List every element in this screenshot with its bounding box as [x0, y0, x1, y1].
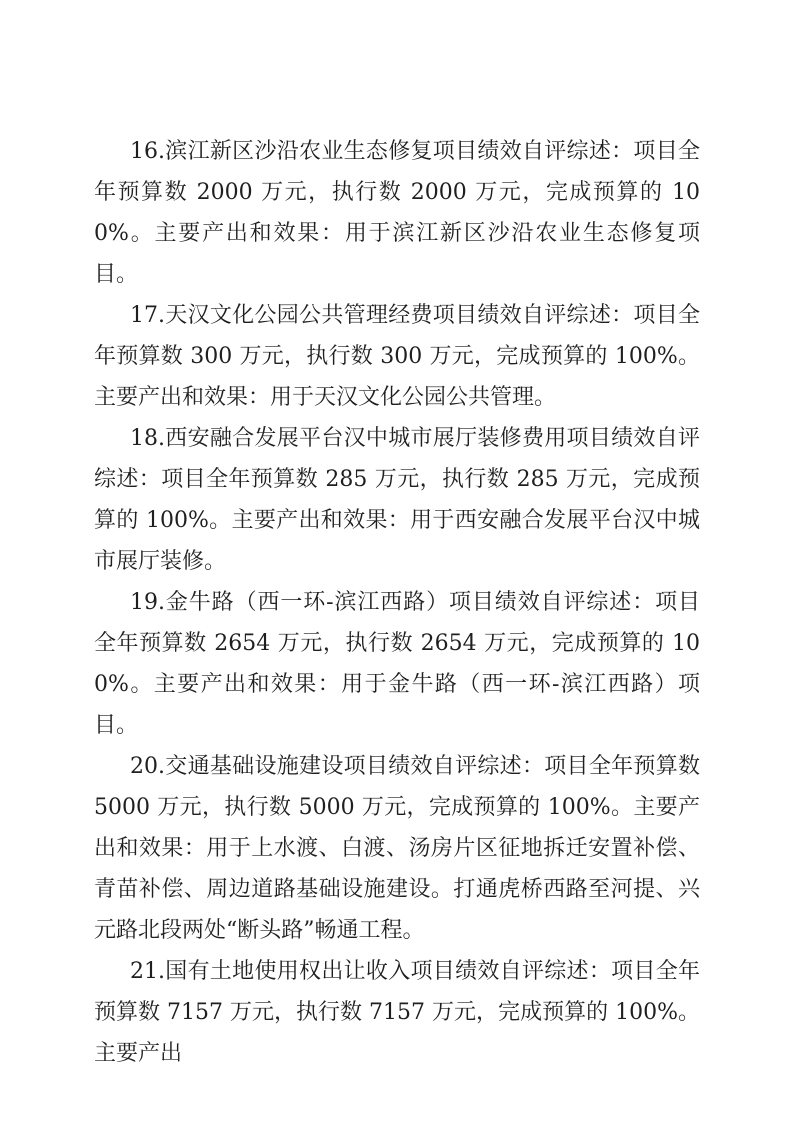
paragraph-item-18: 18.西安融合发展平台汉中城市展厅装修费用项目绩效自评综述：项目全年预算数 28… — [94, 418, 700, 582]
paragraph-item-19: 19.金牛路（西一环-滨江西路）项目绩效自评综述：项目全年预算数 2654 万元… — [94, 582, 700, 746]
document-page: 16.滨江新区沙沿农业生态修复项目绩效自评综述：项目全年预算数 2000 万元，… — [0, 0, 793, 1122]
document-body: 16.滨江新区沙沿农业生态修复项目绩效自评综述：项目全年预算数 2000 万元，… — [94, 131, 700, 1074]
paragraph-item-17: 17.天汉文化公园公共管理经费项目绩效自评综述：项目全年预算数 300 万元，执… — [94, 295, 700, 418]
paragraph-item-21: 21.国有土地使用权出让收入项目绩效自评综述：项目全年预算数 7157 万元，执… — [94, 951, 700, 1074]
paragraph-item-20: 20.交通基础设施建设项目绩效自评综述：项目全年预算数 5000 万元，执行数 … — [94, 746, 700, 951]
paragraph-item-16: 16.滨江新区沙沿农业生态修复项目绩效自评综述：项目全年预算数 2000 万元，… — [94, 131, 700, 295]
